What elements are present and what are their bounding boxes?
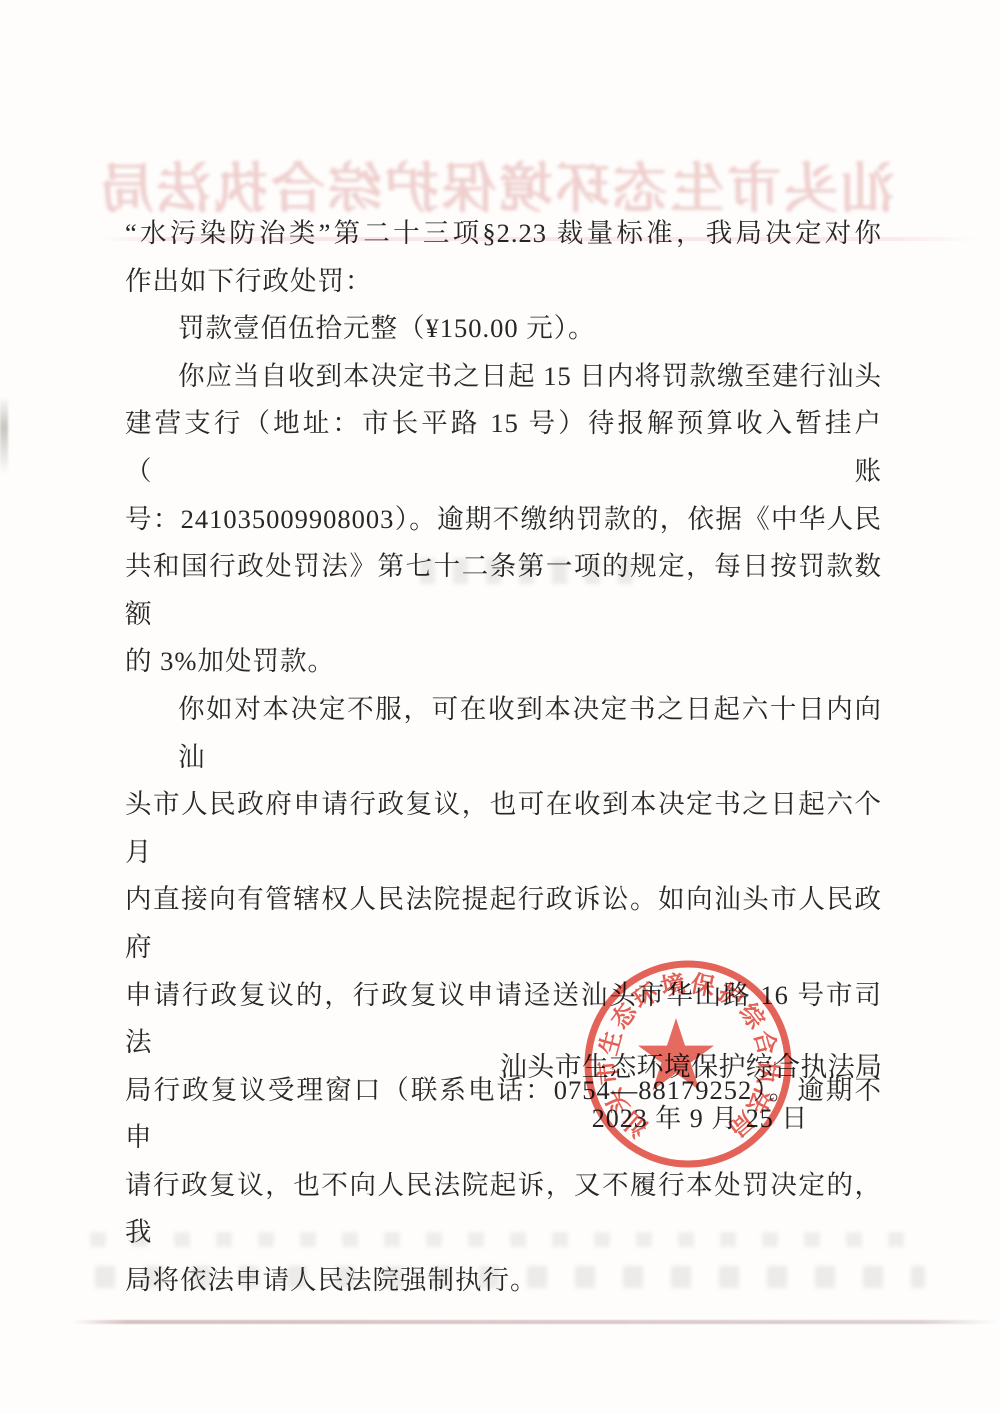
official-seal-stamp: 汕头市生态环境保护综合执法局 (575, 952, 801, 1176)
scan-artifact-footer-line (72, 1320, 997, 1324)
body-line-4: 你应当自收到本决定书之日起 15 日内将罚款缴至建行汕头 (125, 353, 882, 401)
body-line-3: 罚款壹佰伍拾元整（¥150.00 元）。 (125, 305, 882, 353)
scanned-document-page: 汕头市生态环境保护综合执法局 “水污染防治类”第二十三项§2.23 裁量标准，我… (0, 0, 1000, 1414)
body-line-6: 号：241035009908003）。逾期不缴纳罚款的，依据《中华人民 (125, 496, 882, 544)
body-line-1: “水污染防治类”第二十三项§2.23 裁量标准，我局决定对你 (125, 210, 882, 258)
scan-artifact-left-edge (0, 396, 8, 474)
body-line-2: 作出如下行政处罚： (125, 258, 882, 306)
body-line-10: 头市人民政府申请行政复议，也可在收到本决定书之日起六个月 (125, 781, 882, 876)
body-line-8: 的 3%加处罚款。 (125, 638, 882, 686)
body-line-7: 共和国行政处罚法》第七十二条第一项的规定，每日按罚款数额 (125, 543, 882, 638)
body-line-15: 局将依法申请人民法院强制执行。 (125, 1257, 882, 1305)
body-line-14: 请行政复议，也不向人民法院起诉，又不履行本处罚决定的，我 (125, 1162, 882, 1257)
body-line-5: 建营支行（地址：市长平路 15 号）待报解预算收入暂挂户（账 (125, 400, 882, 495)
body-line-9: 你如对本决定不服，可在收到本决定书之日起六十日内向汕 (125, 686, 882, 781)
star-icon (638, 1018, 714, 1090)
